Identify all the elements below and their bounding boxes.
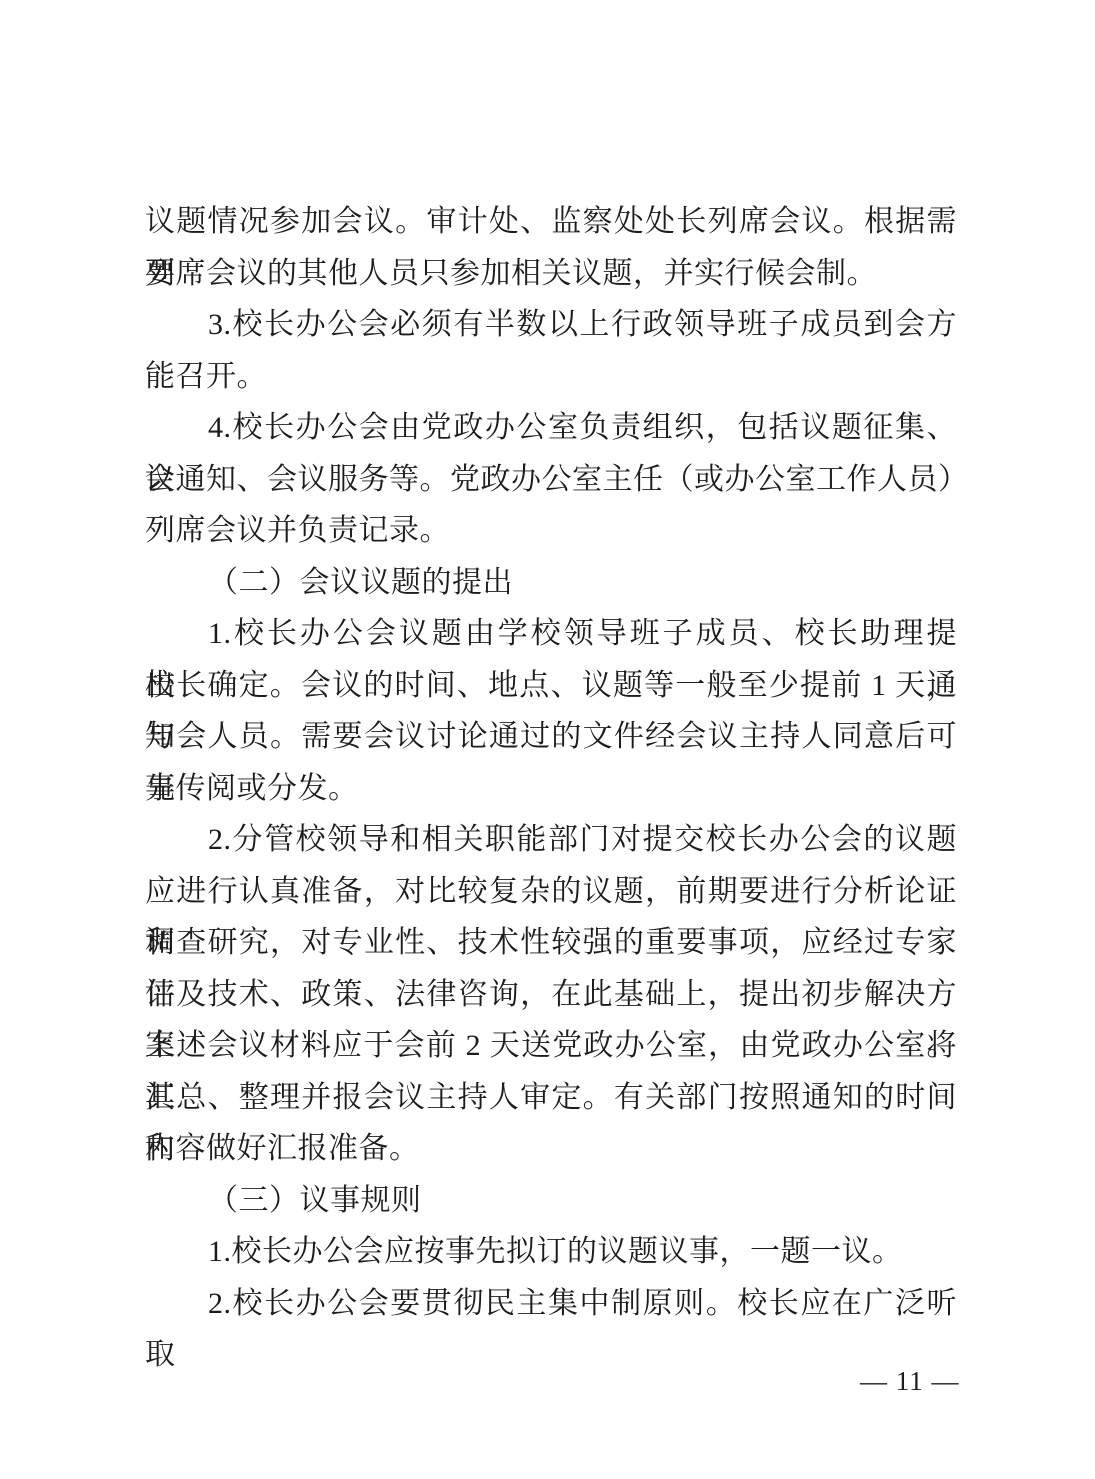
text-line: （三）议事规则 — [145, 1175, 957, 1227]
text-line: 校长确定。会议的时间、地点、议题等一般至少提前 1 天通知 — [145, 660, 957, 712]
text-line: 调查研究，对专业性、技术性较强的重要事项，应经过专家评 — [145, 917, 957, 969]
text-line: 内容做好汇报准备。 — [145, 1123, 957, 1175]
text-line: 应进行认真准备，对比较复杂的议题，前期要进行分析论证和 — [145, 866, 957, 918]
text-line: 估及技术、政策、法律咨询，在此基础上，提出初步解决方案。 — [145, 969, 957, 1021]
text-line: 能召开。 — [145, 351, 957, 403]
text-line: 2.分管校领导和相关职能部门对提交校长办公会的议题 — [145, 814, 957, 866]
text-line: 3.校长办公会必须有半数以上行政领导班子成员到会方 — [145, 299, 957, 351]
text-line: 上述会议材料应于会前 2 天送党政办公室，由党政办公室将其 — [145, 1020, 957, 1072]
text-line: 列席会议的其他人员只参加相关议题，并实行候会制。 — [145, 248, 957, 300]
text-line: 汇总、整理并报会议主持人审定。有关部门按照通知的时间和 — [145, 1072, 957, 1124]
text-line: 4.校长办公会由党政办公室负责组织，包括议题征集、会 — [145, 402, 957, 454]
text-line: 先传阅或分发。 — [145, 763, 957, 815]
text-line: 1.校长办公会应按事先拟订的议题议事，一题一议。 — [145, 1226, 957, 1278]
text-line: 2.校长办公会要贯彻民主集中制原则。校长应在广泛听取 — [145, 1278, 957, 1330]
text-line: 列席会议并负责记录。 — [145, 505, 957, 557]
text-line: 议通知、会议服务等。党政办公室主任（或办公室工作人员） — [145, 454, 957, 506]
page-number: — 11 — — [860, 1366, 960, 1396]
text-line: （二）会议议题的提出 — [145, 557, 957, 609]
document-page: 议题情况参加会议。审计处、监察处处长列席会议。根据需要列席会议的其他人员只参加相… — [0, 0, 1095, 1479]
text-line: 1.校长办公会议题由学校领导班子成员、校长助理提出， — [145, 608, 957, 660]
document-body: 议题情况参加会议。审计处、监察处处长列席会议。根据需要列席会议的其他人员只参加相… — [145, 196, 957, 1329]
text-line: 议题情况参加会议。审计处、监察处处长列席会议。根据需要 — [145, 196, 957, 248]
text-line: 与会人员。需要会议讨论通过的文件经会议主持人同意后可事 — [145, 711, 957, 763]
